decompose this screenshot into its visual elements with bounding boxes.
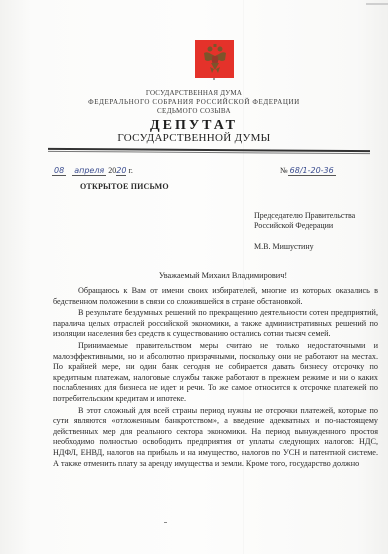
date-month: апреля	[72, 166, 106, 176]
date-day: 08	[52, 166, 66, 176]
date-year-suffix: 20	[116, 166, 126, 176]
scan-corner-mark	[366, 3, 388, 5]
number-prefix: №	[280, 166, 288, 175]
paragraph: Обращаюсь к Вам от имени своих избирател…	[53, 286, 378, 307]
scan-mark	[164, 522, 167, 523]
header-subtitle: ГОСУДАРСТВЕННОЙ ДУМЫ	[0, 132, 388, 144]
date-suffix: г.	[128, 166, 132, 175]
emblem-mark	[213, 78, 215, 80]
letter-date: 08 апреля 2020 г.	[52, 166, 133, 175]
addressee-line-2: Российской Федерации	[254, 221, 355, 231]
header-line-3: СЕДЬМОГО СОЗЫВА	[0, 107, 388, 115]
letter-body: Обращаюсь к Вам от имени своих избирател…	[53, 286, 378, 470]
greeting: Уважаемый Михаил Владимирович!	[0, 271, 388, 280]
paragraph: В этот сложный для всей страны период ну…	[53, 406, 378, 470]
letter-type: ОТКРЫТОЕ ПИСЬМО	[80, 182, 169, 191]
addressee-line-1: Председателю Правительства	[254, 211, 355, 221]
paragraph: Принимаемые правительством меры считаю н…	[53, 341, 378, 405]
header-line-1: ГОСУДАРСТВЕННАЯ ДУМА	[0, 89, 388, 97]
double-headed-eagle-icon	[201, 43, 229, 75]
paragraph: В результате бездумных решений по прекра…	[53, 308, 378, 340]
document-page: ГОСУДАРСТВЕННАЯ ДУМА ФЕДЕРАЛЬНОГО СОБРАН…	[0, 0, 388, 554]
addressee-name: М.В. Мишустину	[254, 242, 355, 252]
header-line-2: ФЕДЕРАЛЬНОГО СОБРАНИЯ РОССИЙСКОЙ ФЕДЕРАЦ…	[0, 98, 388, 106]
number-value: 68/1-20-36	[288, 166, 336, 176]
letter-number: №68/1-20-36	[280, 166, 336, 175]
addressee-block: Председателю Правительства Российской Фе…	[254, 211, 355, 252]
russian-coat-of-arms-icon	[195, 40, 234, 78]
